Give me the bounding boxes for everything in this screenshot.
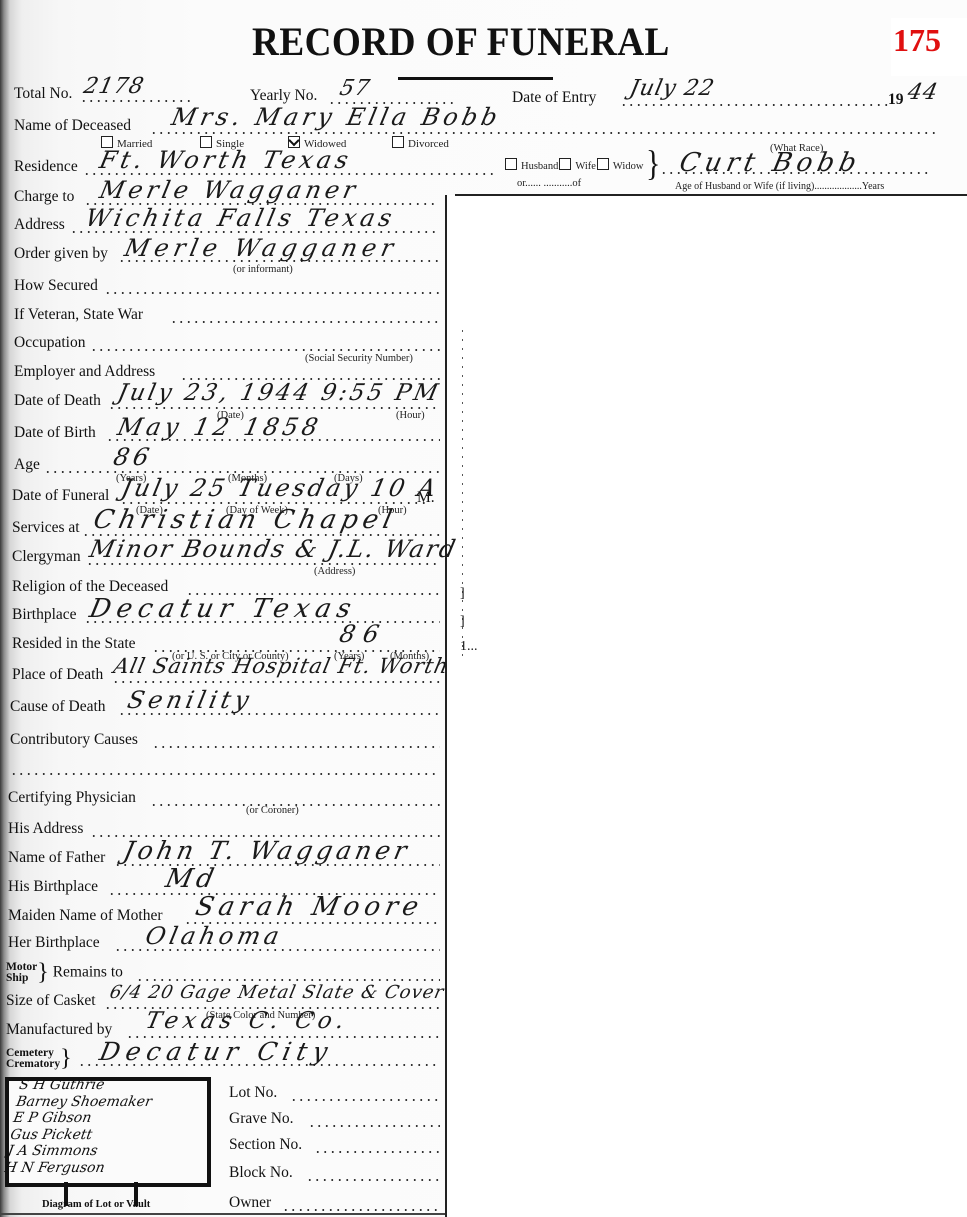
pallbearer-name: S H Guthrie (18, 1077, 156, 1094)
age-value: 86 (111, 443, 155, 471)
order-given-by-value: Merle Wagganer (122, 234, 401, 262)
cemetery-value: Decatur City (97, 1037, 336, 1066)
dotted-leader (112, 681, 440, 683)
contributory-causes-label: Contributory Causes (10, 731, 138, 749)
cemetery-field: CemeteryCrematory} (6, 1048, 72, 1070)
name-of-deceased-value: Mrs. Mary Ella Bobb (169, 103, 504, 131)
margin-mark: 1... (460, 638, 478, 656)
section-divider (455, 194, 967, 196)
dotted-leader (620, 104, 888, 106)
bottom-edge-line (0, 1213, 445, 1215)
clergyman-value: Minor Bounds & J.L. Ward (87, 535, 460, 563)
checkbox-widow-label: Widow (613, 161, 644, 172)
pallbearer-name: Barney Shoemaker (15, 1094, 153, 1111)
dotted-leader (314, 1151, 440, 1153)
size-of-casket-label: Size of Casket (6, 992, 96, 1010)
year-value: 44 (905, 80, 940, 105)
total-no-label: Total No. (14, 85, 72, 102)
birthplace-value: Decatur Texas (87, 594, 360, 624)
grave-no-label: Grave No. (229, 1110, 294, 1128)
motor-ship-stack: MotorShip (6, 962, 37, 984)
his-address-label: His Address (8, 820, 83, 838)
age-spouse-label: Age of Husband or Wife (if living)......… (675, 181, 884, 192)
meridiem-suffix: M. (417, 489, 435, 507)
remains-to-field: MotorShip} Remains to (6, 962, 123, 984)
spouse-or-of: or...... ...........of (517, 178, 581, 189)
date-of-death-label: Date of Death (14, 392, 101, 410)
checkbox-divorced[interactable]: Divorced (392, 136, 449, 150)
total-no-value: 2178 (81, 74, 146, 99)
block-no-label: Block No. (229, 1164, 293, 1182)
checkbox-widow[interactable] (597, 158, 609, 170)
dotted-leader (86, 563, 440, 565)
ship-label: Ship (6, 972, 28, 984)
dotted-leader (136, 979, 440, 981)
checkbox-divorced-box[interactable] (392, 136, 404, 148)
age-spouse-text: Age of Husband or Wife (if living) (675, 181, 814, 192)
dotted-leader (108, 407, 440, 409)
pallbearer-name: E P Gibson (12, 1110, 150, 1127)
dotted-leader (150, 132, 936, 134)
address-label: Address (14, 216, 65, 234)
date-of-death-value: July 23, 1944 9:55 PM (115, 380, 443, 406)
resided-in-state-value: 86 (337, 620, 389, 648)
residence-label-text: Residence (14, 158, 78, 176)
pallbearer-name: Gus Pickett (9, 1127, 147, 1144)
margin-mark: ] (460, 613, 465, 631)
lot-no-label: Lot No. (229, 1084, 277, 1102)
address-value: Wichita Falls Texas (83, 204, 398, 232)
residence-value: Ft. Worth Texas (97, 146, 355, 174)
pallbearer-list: S H Guthrie Barney Shoemaker E P Gibson … (3, 1077, 156, 1176)
cause-of-death-value: Senility (125, 686, 255, 714)
contributory-causes-line-2 (10, 773, 440, 775)
total-no-field: Total No. (14, 85, 72, 103)
page-number: 175 (893, 22, 941, 59)
certifying-physician-label: Certifying Physician (8, 789, 136, 807)
her-birthplace-value: Olahoma (143, 922, 286, 950)
dotted-leader (80, 100, 190, 102)
checkbox-wife[interactable] (559, 158, 571, 170)
birthplace-label: Birthplace (12, 606, 77, 624)
spouse-or-label: or (517, 178, 525, 189)
her-birthplace-label: Her Birthplace (8, 934, 100, 952)
date-of-funeral-value: July 25 Tuesday 10 A (119, 474, 441, 502)
owner-label: Owner (229, 1194, 271, 1212)
column-divider (445, 195, 447, 1217)
crematory-label: Crematory (6, 1058, 60, 1070)
clergyman-label: Clergyman (12, 548, 81, 566)
section-no-label: Section No. (229, 1136, 302, 1154)
dotted-leader (170, 321, 440, 323)
checkbox-wife-label: Wife (575, 161, 596, 172)
size-of-casket-value: 6/4 20 Gage Metal Slate & Cover (108, 982, 447, 1003)
occupation-label: Occupation (14, 334, 85, 352)
hour-sublabel: (Hour) (396, 410, 425, 421)
year-prefix: 19 (888, 91, 904, 109)
pallbearer-name: J A Simmons (6, 1143, 144, 1160)
date-of-birth-value: May 12 1858 (115, 413, 324, 441)
dotted-leader (90, 349, 440, 351)
years-label: Years (862, 181, 884, 192)
dotted-leader (306, 1179, 440, 1181)
order-given-by-label: Order given by (14, 245, 108, 263)
his-birthplace-label: His Birthplace (8, 878, 98, 896)
brace: } (60, 1046, 72, 1072)
faint-dotted-edge (462, 330, 463, 660)
informant-sublabel: (or informant) (233, 264, 293, 275)
name-of-deceased-label: Name of Deceased (14, 117, 131, 135)
manufactured-by-label: Manufactured by (6, 1021, 112, 1039)
blank-right-region (446, 195, 967, 1217)
dotted-leader (104, 292, 440, 294)
services-at-label: Services at (12, 519, 80, 537)
or-coroner-sublabel: (or Coroner) (246, 805, 299, 816)
services-at-value: Christian Chapel (91, 505, 400, 535)
spouse-role-checkboxes: HusbandWifeWidow (505, 158, 643, 172)
place-of-death-value: All Saints Hospital Ft. Worth (111, 654, 451, 678)
brace: } (37, 960, 49, 986)
maiden-name-mother-label: Maiden Name of Mother (8, 907, 163, 925)
checkbox-divorced-label: Divorced (408, 138, 449, 150)
name-of-father-label: Name of Father (8, 849, 105, 867)
title-underline (398, 77, 553, 80)
checkbox-husband[interactable] (505, 158, 517, 170)
dotted-leader (282, 1209, 440, 1211)
diagram-caption: Diagram of Lot or Vault (42, 1199, 150, 1210)
place-of-death-label: Place of Death (12, 666, 103, 684)
date-of-entry-field: Date of Entry (512, 89, 596, 107)
address-sublabel: (Address) (314, 566, 355, 577)
residence-label: Residence (14, 158, 78, 175)
name-of-father-value: John T. Wagganer (121, 836, 413, 865)
brace: } (646, 153, 660, 175)
date-of-entry-value: July 22 (627, 76, 717, 101)
yearly-no-label: Yearly No. (250, 87, 317, 104)
resided-in-state-label: Resided in the State (12, 635, 136, 653)
employer-label: Employer and Address (14, 363, 155, 381)
spouse-of-label: of (572, 178, 581, 189)
dotted-leader (290, 1099, 440, 1101)
maiden-name-mother-value: Sarah Moore (193, 892, 426, 922)
veteran-label: If Veteran, State War (14, 306, 143, 324)
dotted-leader (120, 502, 430, 504)
cause-of-death-label: Cause of Death (10, 698, 106, 716)
remains-to-label: Remains to (53, 964, 123, 981)
document-title: RECORD OF FUNERAL (252, 18, 670, 65)
his-birthplace-value: Md (163, 864, 221, 894)
date-of-birth-label: Date of Birth (14, 424, 96, 442)
document-page: RECORD OF FUNERAL 175 Total No. 2178 Yea… (0, 0, 967, 1217)
age-label: Age (14, 456, 40, 474)
ssn-sublabel: (Social Security Number) (305, 353, 413, 364)
date-of-funeral-label: Date of Funeral (12, 487, 109, 505)
checkbox-husband-label: Husband (521, 161, 558, 172)
manufactured-by-value: Texas C. Co. (143, 1008, 351, 1034)
margin-mark: ] (460, 585, 465, 603)
how-secured-label: How Secured (14, 277, 98, 295)
dotted-leader (152, 746, 440, 748)
charge-to-value: Merle Wagganer (97, 176, 362, 204)
spouse-value: Curt Bobb (677, 148, 864, 178)
dotted-leader (308, 1125, 440, 1127)
date-of-entry-label: Date of Entry (512, 89, 596, 106)
cemetery-crematory-stack: CemeteryCrematory (6, 1048, 60, 1070)
yearly-no-value: 57 (337, 76, 372, 101)
pallbearer-name: H N Ferguson (3, 1160, 141, 1177)
charge-to-label: Charge to (14, 188, 74, 206)
